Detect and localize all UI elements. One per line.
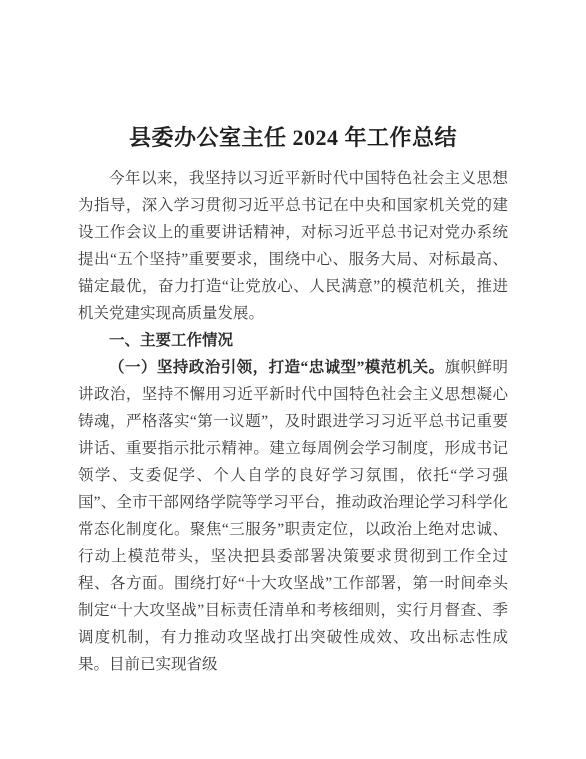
document-title: 县委办公室主任 2024 年工作总结 (78, 124, 508, 152)
text-run: （一）坚持政治引领，打造“忠诚型”模范机关。 (109, 359, 445, 376)
section-heading: 一、主要工作情况 (78, 327, 508, 354)
document-page: 县委办公室主任 2024 年工作总结 今年以来，我坚持以习近平新时代中国特色社会… (0, 0, 586, 759)
document-content: 县委办公室主任 2024 年工作总结 今年以来，我坚持以习近平新时代中国特色社会… (78, 124, 508, 678)
text-run: 一、主要工作情况 (109, 332, 233, 349)
document-body: 今年以来，我坚持以习近平新时代中国特色社会主义思想为指导，深入学习贯彻习近平总书… (78, 165, 508, 678)
text-run: 旗帜鲜明讲政治，坚持不懈用习近平新时代中国特色社会主义思想凝心铸魂，严格落实“第… (78, 359, 508, 673)
paragraph: （一）坚持政治引领，打造“忠诚型”模范机关。旗帜鲜明讲政治，坚持不懈用习近平新时… (78, 354, 508, 678)
paragraph: 今年以来，我坚持以习近平新时代中国特色社会主义思想为指导，深入学习贯彻习近平总书… (78, 165, 508, 327)
text-run: 今年以来，我坚持以习近平新时代中国特色社会主义思想为指导，深入学习贯彻习近平总书… (78, 170, 508, 322)
